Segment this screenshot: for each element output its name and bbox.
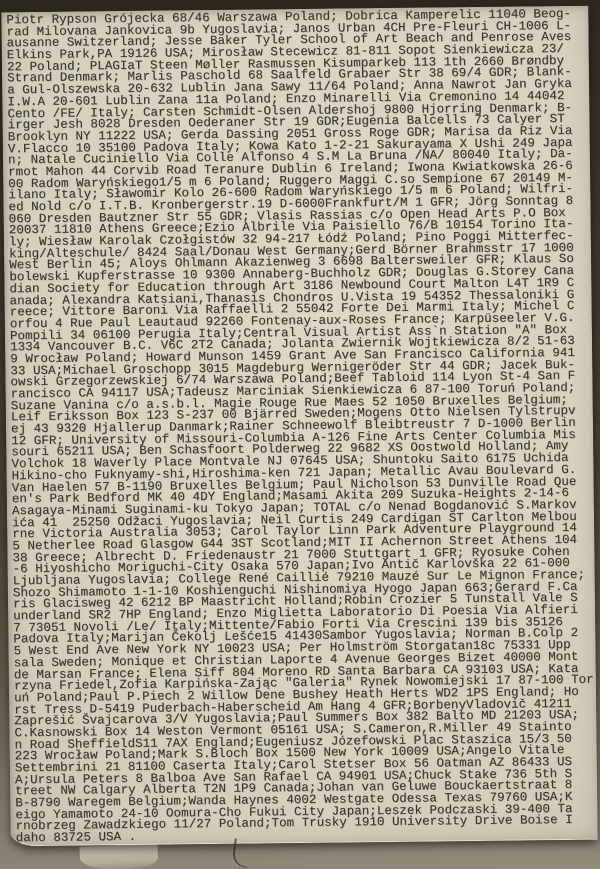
typewritten-page: Piotr Rypson Grójecka 68/46 Warszawa Pol…	[1, 6, 597, 847]
address-list: Piotr Rypson Grójecka 68/46 Warszawa Pol…	[6, 9, 597, 845]
page-corner-under	[79, 843, 158, 869]
scratch-mark	[231, 838, 250, 868]
photo-backdrop: Piotr Rypson Grójecka 68/46 Warszawa Pol…	[0, 0, 600, 869]
